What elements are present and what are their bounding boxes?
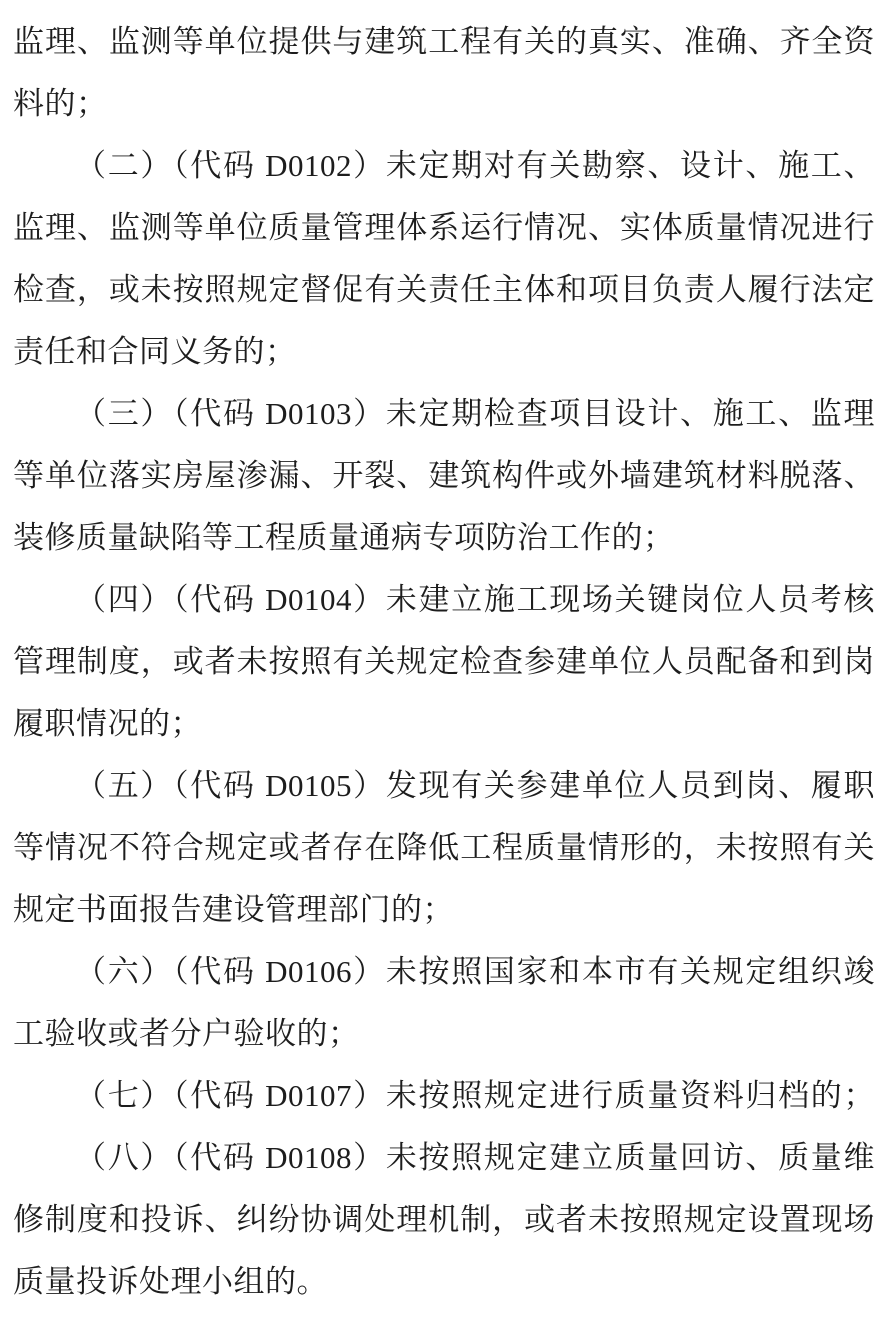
paragraph: （七）（代码 D0107）未按照规定进行质量资料归档的； [13, 1065, 875, 1127]
text-line: （三）（代码 D0103）未定期检查项目设计、施工、监理 [13, 383, 875, 445]
text-line: 监理、监测等单位提供与建筑工程有关的真实、准确、齐全资 [13, 11, 875, 73]
text-line: 履职情况的； [13, 693, 875, 755]
text-line: 料的； [13, 73, 875, 135]
text-line: 装修质量缺陷等工程质量通病专项防治工作的； [13, 507, 875, 569]
text-line: 质量投诉处理小组的。 [13, 1251, 875, 1313]
paragraph: （五）（代码 D0105）发现有关参建单位人员到岗、履职等情况不符合规定或者存在… [13, 755, 875, 941]
text-line: （七）（代码 D0107）未按照规定进行质量资料归档的； [13, 1065, 875, 1127]
paragraph: （六）（代码 D0106）未按照国家和本市有关规定组织竣工验收或者分户验收的； [13, 941, 875, 1065]
text-line: 等情况不符合规定或者存在降低工程质量情形的，未按照有关 [13, 817, 875, 879]
text-line: 责任和合同义务的； [13, 321, 875, 383]
text-line: （六）（代码 D0106）未按照国家和本市有关规定组织竣 [13, 941, 875, 1003]
text-line: （二）（代码 D0102）未定期对有关勘察、设计、施工、 [13, 135, 875, 197]
paragraph: （四）（代码 D0104）未建立施工现场关键岗位人员考核管理制度，或者未按照有关… [13, 569, 875, 755]
text-line: 工验收或者分户验收的； [13, 1003, 875, 1065]
paragraph: 监理、监测等单位提供与建筑工程有关的真实、准确、齐全资料的； [13, 11, 875, 135]
paragraph: （三）（代码 D0103）未定期检查项目设计、施工、监理等单位落实房屋渗漏、开裂… [13, 383, 875, 569]
text-line: 监理、监测等单位质量管理体系运行情况、实体质量情况进行 [13, 197, 875, 259]
text-line: （八）（代码 D0108）未按照规定建立质量回访、质量维 [13, 1127, 875, 1189]
document-body: 监理、监测等单位提供与建筑工程有关的真实、准确、齐全资料的；（二）（代码 D01… [13, 11, 875, 1313]
document-page: 监理、监测等单位提供与建筑工程有关的真实、准确、齐全资料的；（二）（代码 D01… [0, 0, 888, 1325]
text-line: 等单位落实房屋渗漏、开裂、建筑构件或外墙建筑材料脱落、 [13, 445, 875, 507]
text-line: （四）（代码 D0104）未建立施工现场关键岗位人员考核 [13, 569, 875, 631]
paragraph: （二）（代码 D0102）未定期对有关勘察、设计、施工、监理、监测等单位质量管理… [13, 135, 875, 383]
text-line: （五）（代码 D0105）发现有关参建单位人员到岗、履职 [13, 755, 875, 817]
paragraph: （八）（代码 D0108）未按照规定建立质量回访、质量维修制度和投诉、纠纷协调处… [13, 1127, 875, 1313]
text-line: 修制度和投诉、纠纷协调处理机制，或者未按照规定设置现场 [13, 1189, 875, 1251]
text-line: 规定书面报告建设管理部门的； [13, 879, 875, 941]
text-line: 检查，或未按照规定督促有关责任主体和项目负责人履行法定 [13, 259, 875, 321]
text-line: 管理制度，或者未按照有关规定检查参建单位人员配备和到岗 [13, 631, 875, 693]
